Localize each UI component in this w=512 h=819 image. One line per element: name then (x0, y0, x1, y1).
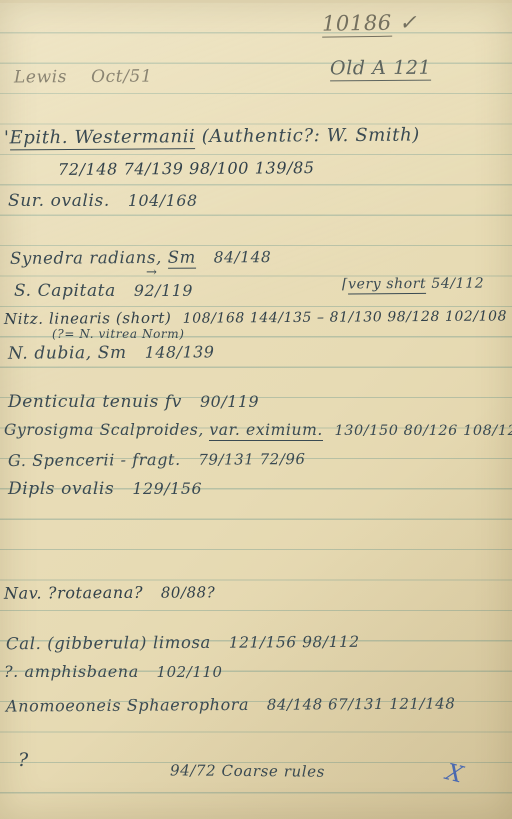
entry-capitata-name: S. Capitata (14, 281, 116, 301)
entry-synedra-name: Synedra radians, (10, 248, 162, 268)
entry-synedra-arrow-icon: → (146, 266, 158, 280)
entry-epith-note: (Authentic?: W. Smith) (202, 125, 420, 148)
entry-synedra-abbr: Sm (168, 248, 196, 269)
entry-naviculoid-values: 80/88? (161, 583, 216, 601)
entry-denticula-values: 90/119 (200, 392, 259, 411)
entry-epith-values: 72/148 74/139 98/100 139/85 (58, 159, 315, 178)
entry-epith-quote: ' (4, 127, 10, 148)
entry-naviculoid-name: Nav. ?rotaeana? (4, 583, 143, 603)
collector-date-line: Lewis Oct/51 (14, 68, 152, 88)
entry-amphisbaena-name: ?. amphisbaena (4, 662, 139, 681)
footer-query-mark: ? (18, 750, 29, 771)
entry-anomoeoneis-name: Anomoeoneis Sphaerophora (6, 695, 249, 716)
record-date: Oct/51 (91, 67, 152, 87)
old-reference: Old A 121 (330, 58, 431, 80)
catalog-number-value: 10186 (322, 11, 392, 38)
entry-caloneis: Cal. (gibberula) limosa 121/156 98/112 (6, 633, 360, 654)
entry-spencerii-name: G. Spencerii - fragt. (8, 450, 181, 470)
footer-note: 94/72 Coarse rules (170, 762, 325, 780)
entry-gyrosigma-variant: var. eximium. (209, 421, 323, 441)
entry-amphisbaena: ?. amphisbaena 102/110 (4, 663, 223, 681)
entry-anomoeoneis-values: 84/148 67/131 121/148 (267, 694, 456, 713)
entry-amphisbaena-values: 102/110 (157, 663, 223, 681)
footer-check-x-icon: X (443, 760, 466, 789)
entry-synedra: Synedra radians, Sm 84/148 (10, 248, 271, 268)
entry-gyrosigma: Gyrosigma Scalproides, var. eximium. 130… (4, 422, 512, 440)
entry-capitata-side-note: ⌈very short 54/112 (342, 277, 484, 293)
entry-anomoeoneis: Anomoeoneis Sphaerophora 84/148 67/131 1… (6, 694, 455, 715)
entry-nitz: Nitz. linearis (short) 108/168 144/135 –… (4, 307, 512, 328)
entry-denticula-name: Denticula tenuis fv (8, 392, 182, 412)
entry-dubia: N. dubia, Sm 148/139 (8, 343, 215, 363)
entry-spencerii-values: 79/131 72/96 (198, 450, 305, 469)
entry-spencerii: G. Spencerii - fragt. 79/131 72/96 (8, 450, 306, 470)
entry-nitz-values: 108/168 144/135 – 81/130 98/128 102/108 … (183, 308, 512, 327)
entry-synedra-values: 84/148 (214, 248, 272, 266)
entry-gyrosigma-values: 130/150 80/126 108/129 (334, 423, 512, 439)
entry-nitz-name: Nitz. linearis (short) (4, 309, 172, 328)
entry-diploneis: Dipls ovalis 129/156 (8, 480, 202, 499)
entry-diploneis-name: Dipls ovalis (8, 479, 114, 499)
entry-caloneis-values: 121/156 98/112 (229, 633, 360, 652)
entry-dubia-values: 148/139 (145, 342, 215, 361)
entry-nitz-sub-note: (?= N. vitrea Norm) (52, 328, 185, 341)
entry-sur-ovalis-name: Sur. ovalis. (8, 191, 110, 211)
entry-epith-name: Epith. Westermanii (9, 126, 195, 150)
entry-naviculoid: Nav. ?rotaeana? 80/88? (4, 583, 215, 602)
collector-name: Lewis (14, 67, 67, 87)
entry-sur-ovalis-values: 104/168 (128, 191, 198, 210)
entry-dubia-name: N. dubia, Sm (8, 343, 127, 364)
catalog-number: 10186 ✓ (322, 11, 418, 35)
catalog-check-icon: ✓ (399, 10, 418, 34)
entry-diploneis-values: 129/156 (132, 479, 202, 498)
entry-capitata: S. Capitata 92/119 (14, 282, 193, 301)
notebook-page: 10186 ✓ Lewis Oct/51 Old A 121 'Epith. W… (0, 0, 512, 819)
entry-epith: 'Epith. Westermanii (Authentic?: W. Smit… (4, 126, 420, 149)
entry-denticula: Denticula tenuis fv 90/119 (8, 393, 259, 412)
entry-gyrosigma-name: Gyrosigma Scalproides, (4, 421, 204, 439)
entry-sur-ovalis: Sur. ovalis. 104/168 (8, 192, 198, 211)
entry-capitata-values: 92/119 (134, 281, 193, 300)
entry-caloneis-name: Cal. (gibberula) limosa (6, 633, 211, 653)
